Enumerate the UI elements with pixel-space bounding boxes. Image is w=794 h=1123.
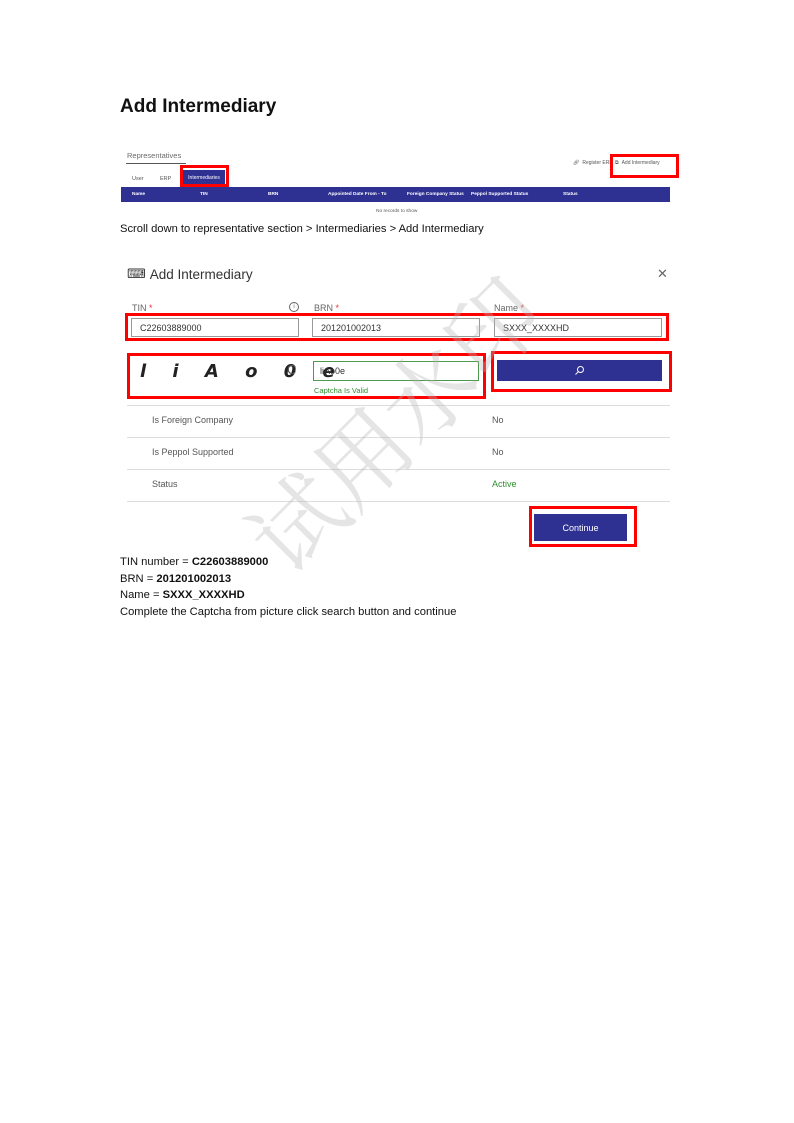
name-label: Name * xyxy=(494,303,524,313)
note-brn: BRN = 201201002013 xyxy=(120,571,456,588)
col-foreign-company-status[interactable]: Foreign Company Status xyxy=(407,192,464,197)
col-peppol-supported-status[interactable]: Peppol Supported Status xyxy=(471,192,528,197)
add-intermediary-link[interactable]: ⧉ Add Intermediary xyxy=(615,160,660,166)
document-title: Add Intermediary xyxy=(120,96,276,118)
divider xyxy=(127,501,670,502)
status-value: Active xyxy=(492,479,517,489)
peppol-supported-label: Is Peppol Supported xyxy=(152,447,234,457)
dialog-title: ⌨ Add Intermediary xyxy=(127,266,253,282)
representatives-tab[interactable]: Representatives xyxy=(127,151,181,160)
required-mark: * xyxy=(336,303,340,313)
captcha-input[interactable]: liAo0e xyxy=(313,361,479,381)
continue-button[interactable]: Continue xyxy=(534,514,627,541)
close-icon[interactable]: ✕ xyxy=(657,266,668,282)
add-intermediary-label: Add Intermediary xyxy=(622,160,660,166)
register-erp-button[interactable]: 🔗︎ Register ERP xyxy=(573,160,613,166)
link-icon: 🔗︎ xyxy=(573,160,579,166)
name-input[interactable]: SXXX_XXXXHD xyxy=(494,318,662,337)
step-caption: Scroll down to representative section > … xyxy=(120,223,484,235)
search-button[interactable] xyxy=(497,360,662,381)
empty-table-message: No records to show xyxy=(376,209,417,214)
tin-label-text: TIN xyxy=(132,303,147,313)
intermediaries-table-header: Name TIN BRN Appointed Date From - To Fo… xyxy=(121,187,670,202)
divider xyxy=(127,405,670,406)
info-icon[interactable]: i xyxy=(289,302,299,312)
add-person-icon: ⧉ xyxy=(615,160,619,166)
note-instruction: Complete the Captcha from picture click … xyxy=(120,604,456,621)
divider xyxy=(127,437,670,438)
tin-label: TIN * xyxy=(132,303,153,313)
subtab-erp[interactable]: ERP xyxy=(160,176,171,182)
note-name: Name = SXXX_XXXXHD xyxy=(120,587,456,604)
instructions: TIN number = C22603889000 BRN = 20120100… xyxy=(120,554,456,620)
foreign-company-value: No xyxy=(492,415,504,425)
col-name[interactable]: Name xyxy=(132,192,145,197)
highlight-add-intermediary xyxy=(610,154,679,178)
foreign-company-label: Is Foreign Company xyxy=(152,415,233,425)
brn-input[interactable]: 201201002013 xyxy=(312,318,480,337)
col-status[interactable]: Status xyxy=(563,192,578,197)
dialog-title-text: Add Intermediary xyxy=(150,267,253,282)
brn-label: BRN * xyxy=(314,303,339,313)
tin-input[interactable]: C22603889000 xyxy=(131,318,299,337)
active-tab-indicator xyxy=(183,168,225,170)
col-brn[interactable]: BRN xyxy=(268,192,278,197)
subtab-user[interactable]: User xyxy=(132,176,144,182)
required-mark: * xyxy=(149,303,153,313)
col-tin[interactable]: TIN xyxy=(200,192,208,197)
status-label: Status xyxy=(152,479,178,489)
note-tin: TIN number = C22603889000 xyxy=(120,554,456,571)
divider xyxy=(127,469,670,470)
brn-label-text: BRN xyxy=(314,303,333,313)
peppol-supported-value: No xyxy=(492,447,504,457)
required-mark: * xyxy=(521,303,525,313)
captcha-status: Captcha Is Valid xyxy=(314,386,368,395)
search-icon xyxy=(574,365,585,376)
refresh-captcha-icon[interactable]: C xyxy=(287,362,296,377)
name-label-text: Name xyxy=(494,303,518,313)
subtab-intermediaries[interactable]: Intermediaries xyxy=(183,170,225,186)
laptop-icon: ⌨ xyxy=(127,266,146,282)
tab-underline xyxy=(126,163,186,164)
col-appointed-date[interactable]: Appointed Date From - To xyxy=(328,192,387,197)
watermark: 试用水印 xyxy=(215,245,569,599)
register-erp-label: Register ERP xyxy=(582,160,612,166)
